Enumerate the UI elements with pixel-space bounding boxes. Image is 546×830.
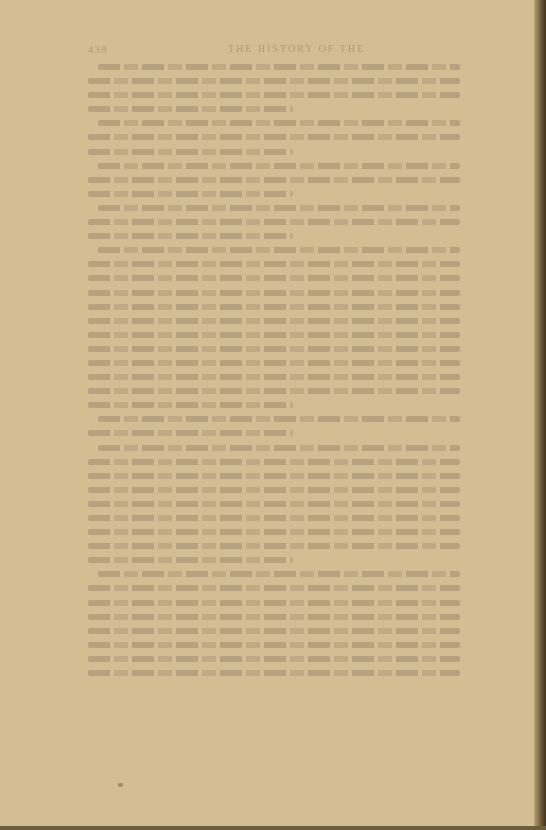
text-line [88,487,460,493]
text-line [88,219,460,225]
text-line [88,543,460,549]
page-binding-edge [534,0,546,830]
text-line [88,600,460,606]
text-line [88,275,460,281]
text-line [88,642,460,648]
text-line [88,614,460,620]
text-line [88,557,293,563]
running-header: 438 THE HISTORY OF THE [88,44,458,58]
text-line [88,459,460,465]
body-text [88,64,460,684]
text-line [88,233,293,239]
text-line [88,134,460,140]
text-line [88,670,460,676]
text-line [88,529,460,535]
text-line [98,163,460,169]
text-line [98,247,460,253]
page-number: 438 [88,44,108,56]
text-line [98,205,460,211]
text-line [88,332,460,338]
text-line [88,656,460,662]
text-line [88,106,293,112]
page-bottom-edge [0,826,546,830]
text-line [88,388,460,394]
text-line [88,304,460,310]
text-line [88,177,460,183]
text-line [98,571,460,577]
text-line [88,473,460,479]
text-line [88,515,460,521]
text-line [88,374,460,380]
text-line [98,64,460,70]
text-line [88,261,460,267]
text-line [88,346,460,352]
text-line [88,360,460,366]
text-line [88,78,460,84]
running-title: THE HISTORY OF THE [228,44,365,55]
text-line [88,318,460,324]
book-page: 438 THE HISTORY OF THE [0,0,534,826]
text-line [88,501,460,507]
text-line [88,402,293,408]
ink-smudge [118,783,123,787]
text-line [98,445,460,451]
text-line [88,92,460,98]
text-line [88,430,293,436]
text-line [98,120,460,126]
text-line [88,585,460,591]
text-line [88,149,293,155]
text-line [88,191,293,197]
text-line [98,416,460,422]
text-line [88,290,460,296]
text-line [88,628,460,634]
